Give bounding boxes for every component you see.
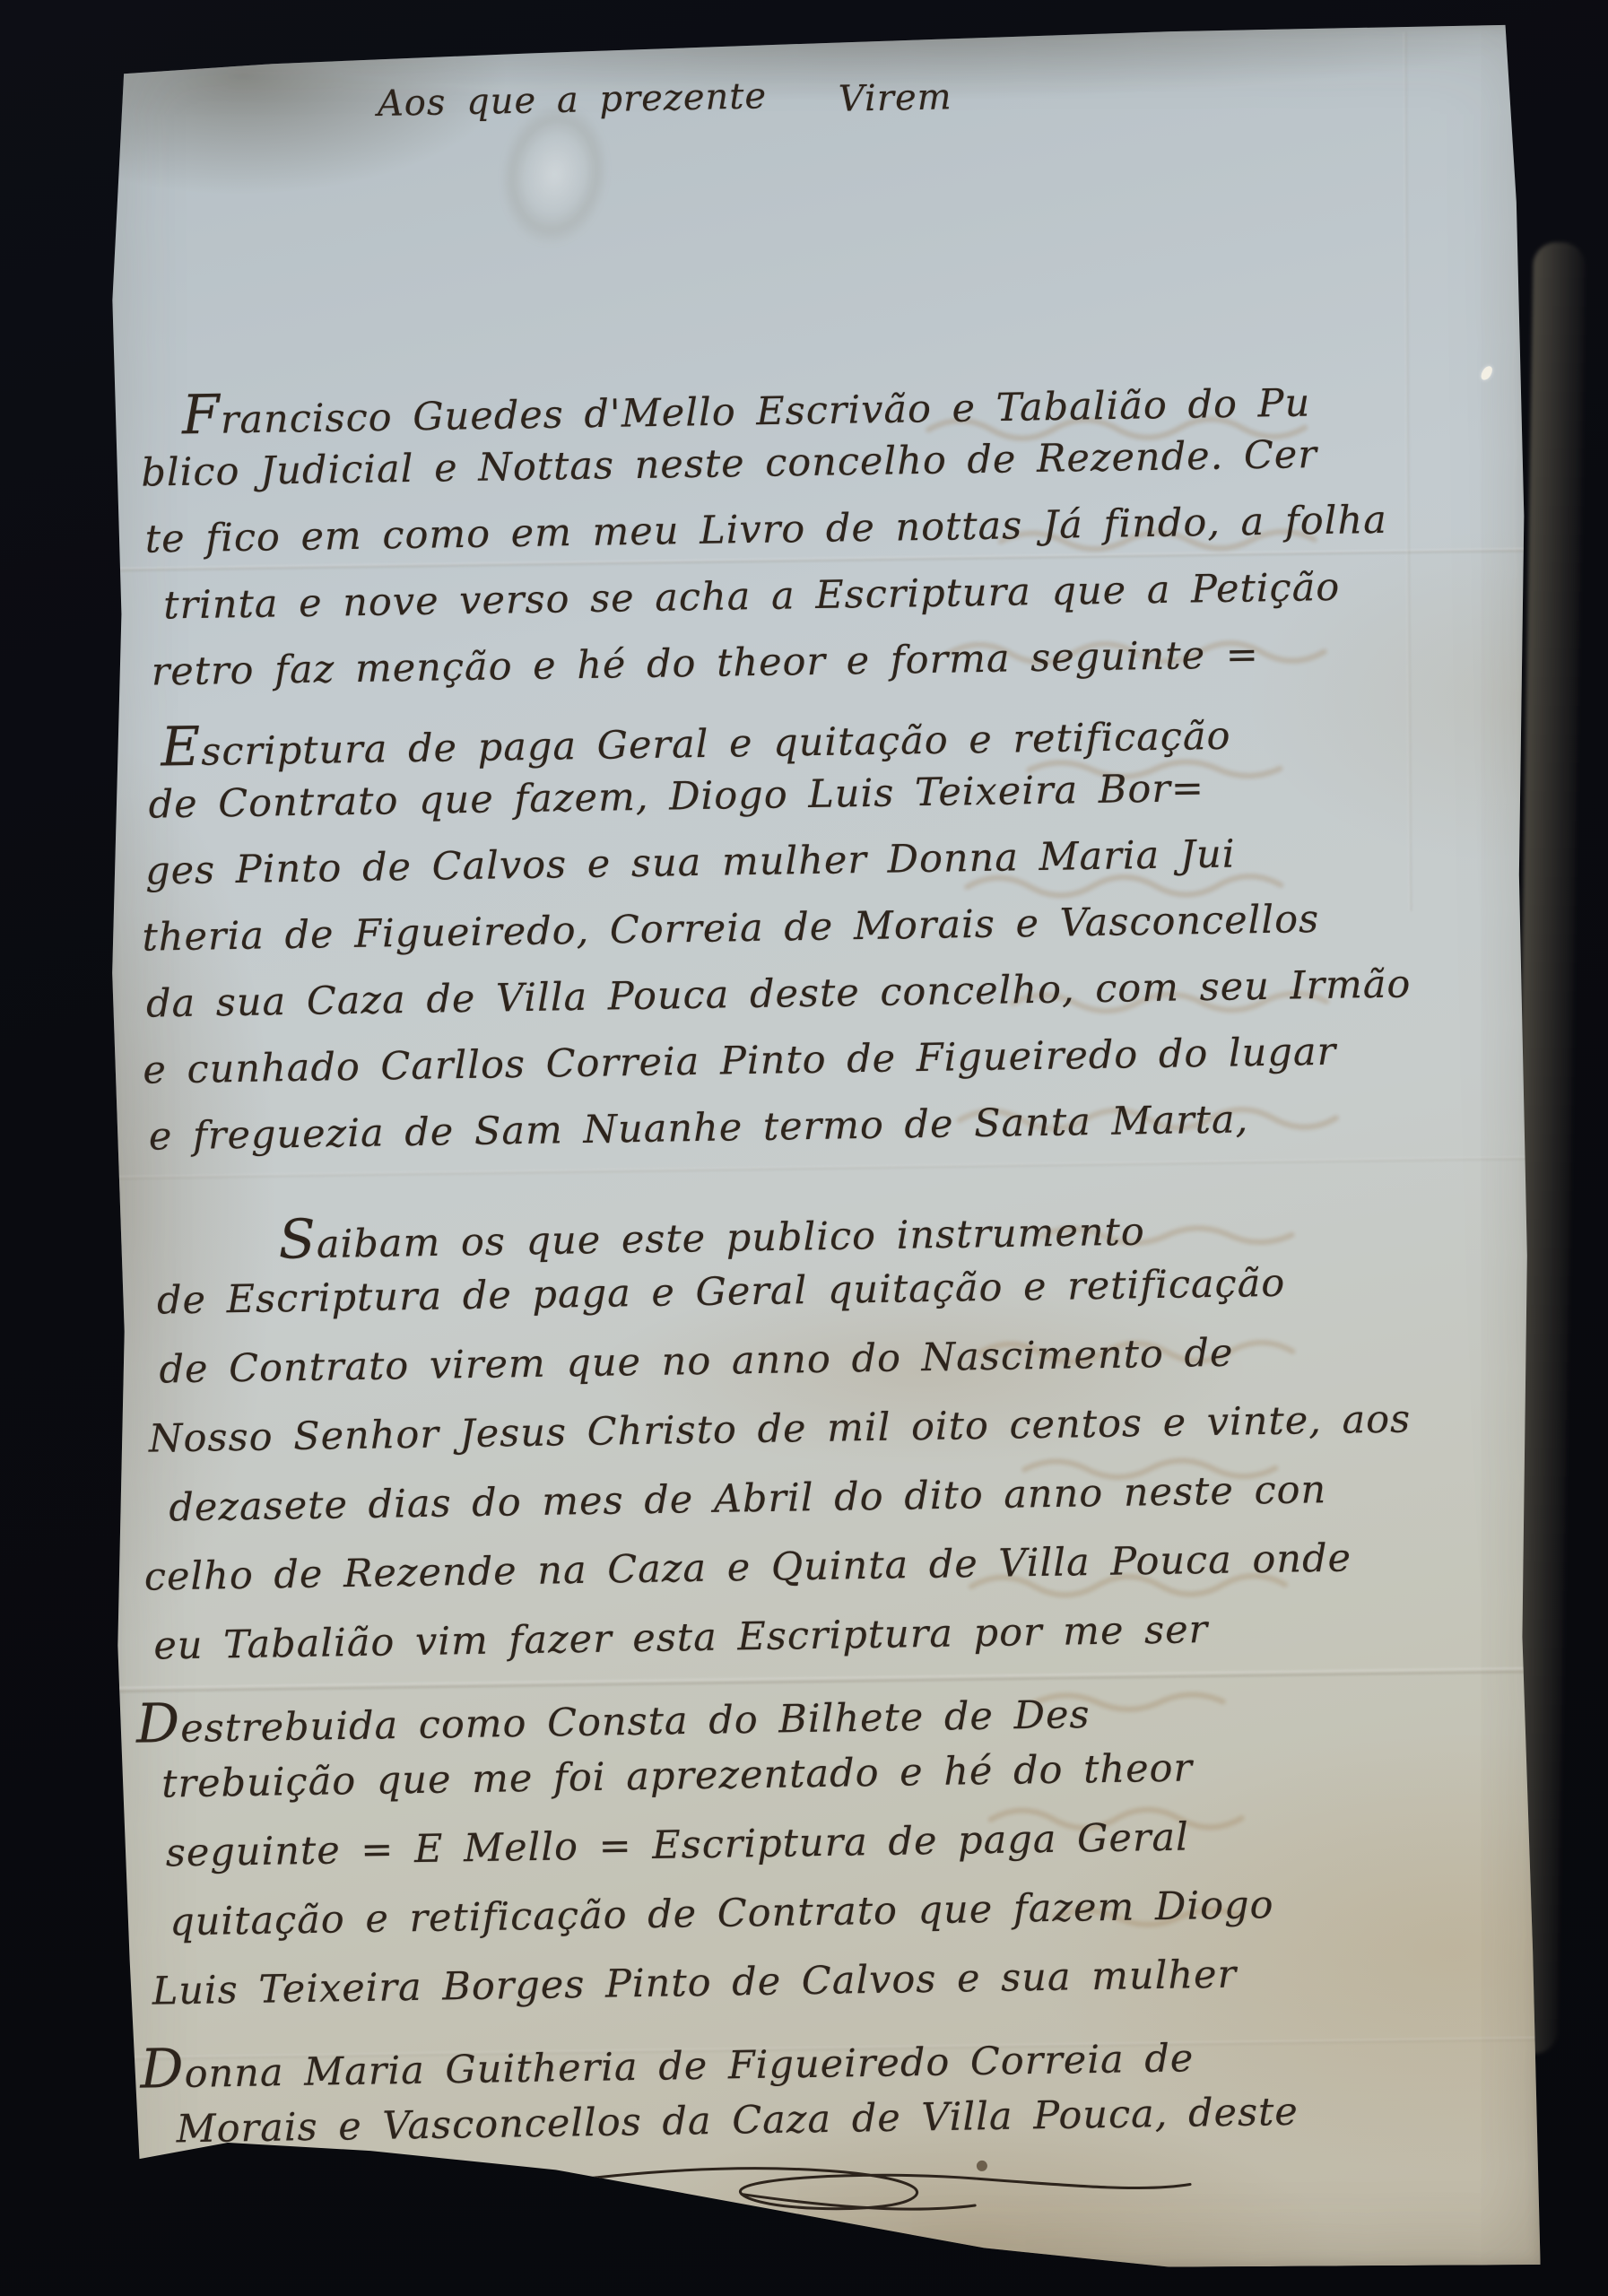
document-photo: Aos que a prezente Virem Francisco Guede…: [0, 0, 1608, 2296]
heading-left: Aos que a prezente: [377, 76, 767, 124]
flourish: [401, 2148, 1209, 2233]
manuscript-line: Morais e Vasconcellos da Caza de Villa P…: [176, 2091, 1299, 2152]
heading: Aos que a prezente Virem: [101, 74, 1527, 146]
manuscript-line: Donna Maria Guitheria de Figueiredo Corr…: [140, 2022, 1195, 2101]
heading-right: Virem: [838, 77, 952, 119]
paper-speck: [1479, 364, 1494, 382]
manuscript-line: Luis Teixeira Borges Pinto de Calvos e s…: [152, 1953, 1237, 2014]
paper-sheet: Aos que a prezente Virem Francisco Guede…: [100, 22, 1540, 2274]
